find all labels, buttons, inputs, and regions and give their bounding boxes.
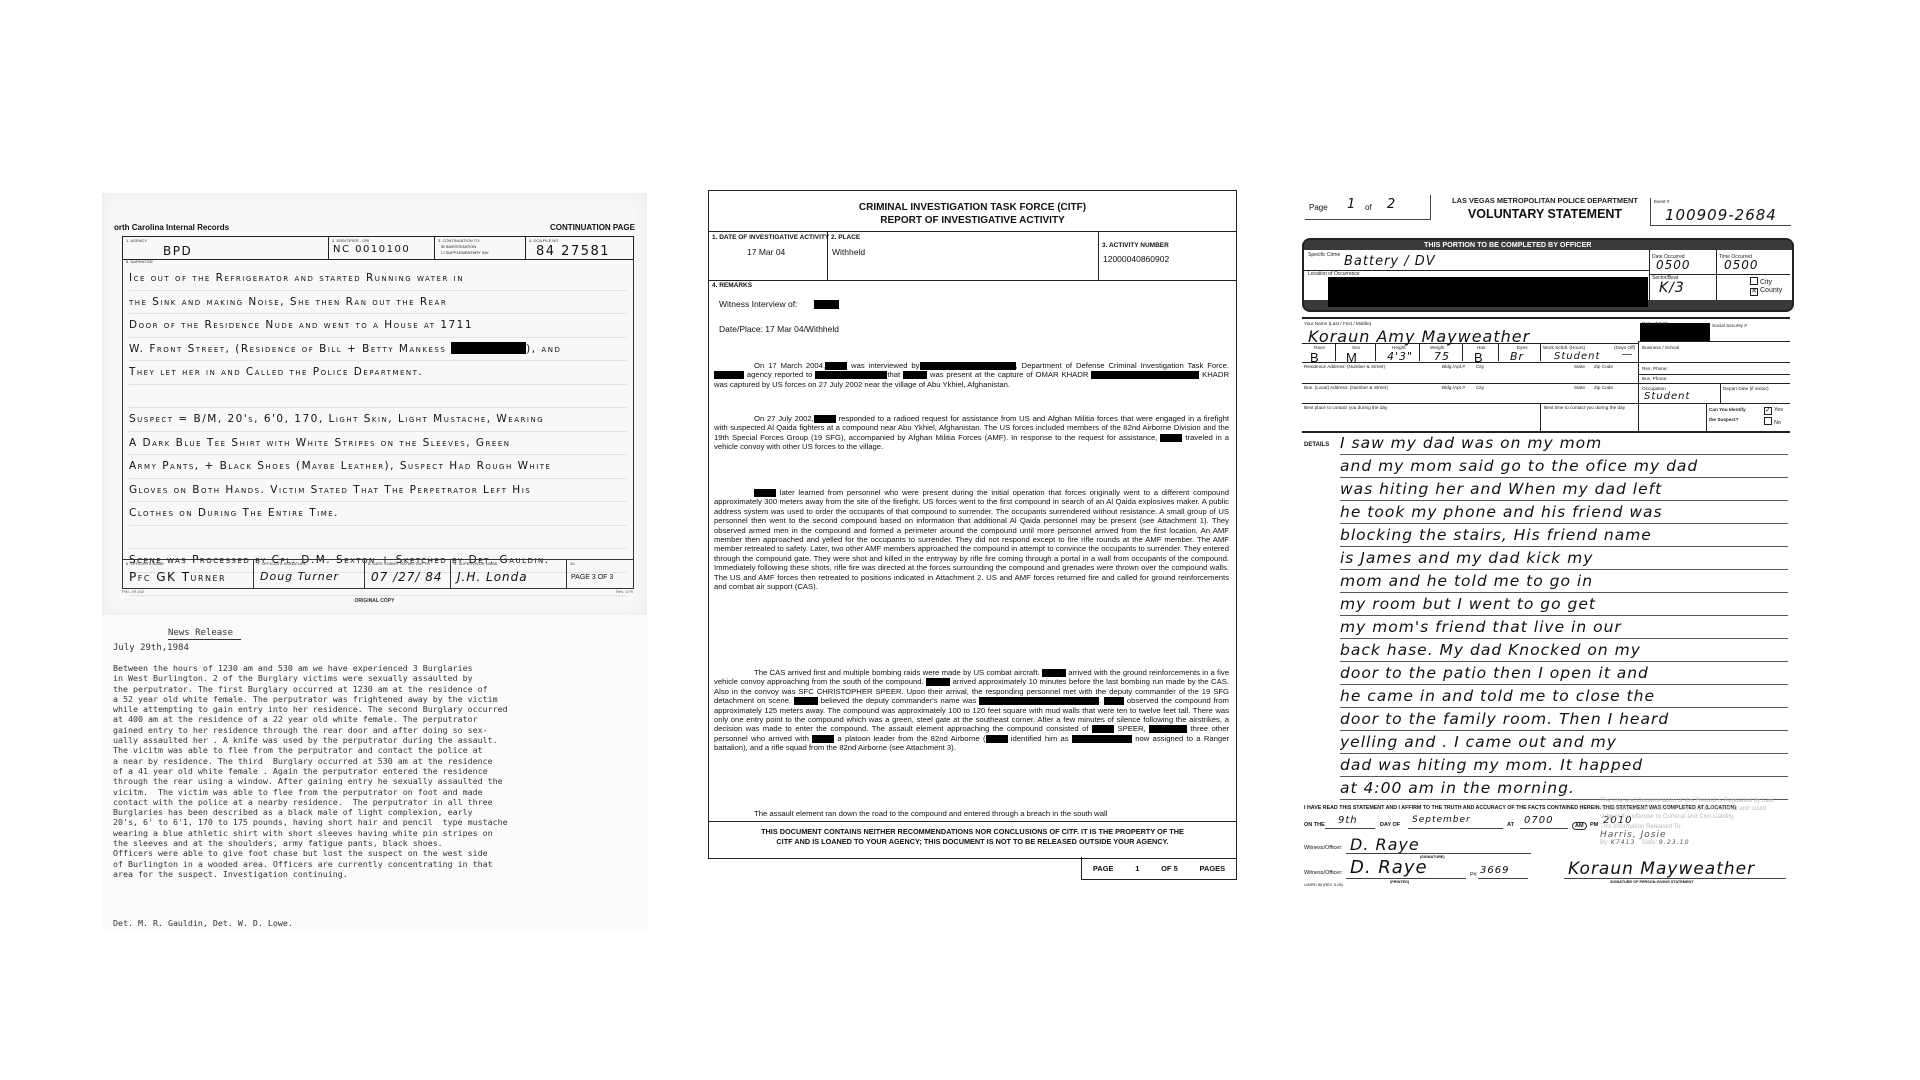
- narrative-line: Army Pants, + Black Shoes (Maybe Leather…: [129, 455, 627, 479]
- statement-signature: Koraun Mayweather: [1568, 859, 1755, 879]
- place-field: 2. PLACE Withheld: [828, 232, 1099, 280]
- city-checkbox[interactable]: [1750, 277, 1758, 285]
- sector-beat: K/3: [1659, 280, 1685, 296]
- statement-line: blocking the stairs, His friend name: [1340, 524, 1788, 547]
- page-indicator: PAGE 1 OF 5 PAGES: [1081, 857, 1237, 880]
- statement-day: 9th: [1338, 815, 1358, 826]
- narrative-line: Ice out of the Refrigerator and started …: [129, 267, 627, 291]
- citf-report: CRIMINAL INVESTIGATION TASK FORCE (CITF)…: [700, 190, 1240, 905]
- statement-line: is James and my dad kick my: [1340, 547, 1788, 570]
- page-field: 10. PAGE 3 OF 3: [567, 560, 633, 588]
- statement-line: he took my phone and his friend was: [1340, 501, 1788, 524]
- activity-date-field: 1. DATE OF INVESTIGATIVE ACTIVITY 17 Mar…: [709, 232, 828, 280]
- signature-block: 6. OFFICER'S NAME Pfc GK Turner 7. OFFIC…: [122, 559, 634, 589]
- narrative-line: Clothes on During The Entire Time.: [129, 502, 627, 526]
- narrative-line: the Sink and making Noise, She then Ran …: [129, 291, 627, 315]
- place-value: Withheld: [832, 247, 865, 257]
- date-submitted-field: 8. DATE SUBMITTED MO DAY YR 07 /27/ 84: [365, 560, 451, 588]
- supervisor-field: 9. SUPERVISOR NAME J.H. Londa: [451, 560, 567, 588]
- specific-crime: Battery / DV: [1344, 254, 1436, 269]
- county-checkbox[interactable]: ✕: [1750, 288, 1758, 296]
- date-place-line: Date/Place: 17 Mar 04/Withheld: [719, 324, 839, 334]
- paragraph-3: later learned from personnel who were pr…: [714, 488, 1229, 591]
- statement-month: September: [1412, 815, 1471, 825]
- officer-name-field: 6. OFFICER'S NAME Pfc GK Turner: [123, 560, 254, 588]
- statement-line: door to the patio then I open it and: [1340, 662, 1788, 685]
- event-number: 100909-2684: [1665, 206, 1777, 224]
- statement-line: dad was hiting my mom. It happed: [1340, 754, 1788, 777]
- voluntary-statement: Page 1 of 2 LAS VEGAS METROPOLITAN POLIC…: [1300, 195, 1825, 905]
- news-release-date: July 29th,1984: [113, 643, 189, 653]
- current-page: 1: [1135, 864, 1139, 873]
- activity-number: 12000040860902: [1103, 254, 1169, 264]
- identifier-field: 2. IDENTIFIER - ORI NC 0010100: [329, 237, 435, 259]
- news-release-title: News Release: [168, 628, 241, 640]
- identify-no-checkbox[interactable]: [1764, 417, 1772, 425]
- statement-line: my room but I went to go get: [1340, 593, 1788, 616]
- officer-name: Pfc GK Turner: [129, 570, 226, 584]
- details-label: DETAILS: [1304, 442, 1329, 448]
- narrative-line: A Dark Blue Tee Shirt with White Stripes…: [129, 432, 627, 456]
- nc-continuation-page: orth Carolina Internal Records CONTINUAT…: [102, 193, 647, 615]
- statement-line: mom and he told me to go in: [1340, 570, 1788, 593]
- paragraph-1: On 17 March 2004, was interviewed by, De…: [714, 361, 1229, 389]
- date-occurred: 0500: [1656, 258, 1691, 272]
- statement-line: he came in and told me to close the: [1340, 685, 1788, 708]
- release-notice: The Use and Dissemination of this Record…: [1600, 797, 1780, 847]
- original-copy-label: ORIGINAL COPY: [102, 598, 647, 604]
- paragraph-4: The CAS arrived first and multiple bombi…: [714, 668, 1229, 753]
- remarks-label: 4. REMARKS: [712, 282, 752, 289]
- officer-signature: Doug Turner: [260, 570, 339, 583]
- narrative-line: W. Front Street, (Residence of Bill + Be…: [129, 338, 627, 362]
- narrative-line: [129, 526, 627, 550]
- page-number: PAGE 3 OF 3: [571, 574, 613, 581]
- released-to: Harris, Josie: [1600, 831, 1780, 839]
- page-counter: Page 1 of 2: [1305, 195, 1431, 220]
- narrative-line: Door of the Residence Nude and went to a…: [129, 314, 627, 338]
- statement-line: was hiting her and When my dad left: [1340, 478, 1788, 501]
- officer-p-number: 3669: [1480, 865, 1509, 876]
- page-total: 2: [1387, 197, 1396, 212]
- news-release-body: Between the hours of 1230 am and 530 am …: [113, 663, 643, 879]
- time-occurred: 0500: [1724, 258, 1759, 272]
- days-off-value: —: [1622, 349, 1632, 360]
- activity-number-field: 3. ACTIVITY NUMBER 12000040860902: [1099, 232, 1236, 280]
- agency-name: LAS VEGAS METROPOLITAN POLICE DEPARTMENT: [1440, 196, 1650, 205]
- narrative-line: Gloves on Both Hands. Victim Stated That…: [129, 479, 627, 503]
- statement-line: back hase. My dad Knocked on my: [1340, 639, 1788, 662]
- officer-signature-field: 7. OFFICER'S SIGNATURE Doug Turner: [254, 560, 365, 588]
- am-circled: AM: [1572, 822, 1587, 830]
- dca-file-value: 84 27581: [536, 244, 610, 259]
- agency-field: 1. AGENCY BPD: [123, 237, 329, 259]
- news-release-signature: Det. M. R. Gauldin, Det. W. D. Lowe.: [113, 918, 293, 928]
- statement-line: door to the family room. Then I heard: [1340, 708, 1788, 731]
- work-schedule-value: Student: [1554, 351, 1600, 362]
- disclaimer: THIS DOCUMENT CONTAINS NEITHER RECOMMEND…: [709, 821, 1236, 858]
- continuation-field: 3. CONTINUATION TO: ☒ INVESTIGATION ☐ SU…: [435, 237, 526, 259]
- statement-line: I saw my dad was on my mom: [1340, 432, 1788, 455]
- date-submitted: 07 /27/ 84: [371, 570, 443, 584]
- witness-signature: D. Raye: [1350, 835, 1420, 854]
- identifier-value: NC 0010100: [333, 244, 410, 255]
- narrative-line: They let her in and Called the Police De…: [129, 361, 627, 385]
- statement-details: I saw my dad was on my momand my mom sai…: [1340, 432, 1788, 800]
- paragraph-5: The assault element ran down the road to…: [714, 809, 1229, 818]
- statement-title: VOLUNTARY STATEMENT: [1440, 207, 1650, 221]
- supplementary-option: SUPPLEMENTARY INV.: [446, 250, 489, 255]
- occupation-value: Student: [1644, 391, 1690, 402]
- paragraph-2: On 27 July 2002, responded to a radioed …: [714, 414, 1229, 452]
- statement-line: my mom's friend that live in our: [1340, 616, 1788, 639]
- dca-file-field: 4. DCA FILE NO 84 27581: [526, 237, 633, 259]
- supervisor-name: J.H. Londa: [457, 570, 528, 584]
- officer-section: THIS PORTION TO BE COMPLETED BY OFFICER …: [1302, 238, 1794, 312]
- page-current: 1: [1347, 197, 1356, 212]
- narrative-line: Suspect = B/M, 20's, 6'0, 170, Light Ski…: [129, 408, 627, 432]
- statement-time: 0700: [1524, 815, 1553, 826]
- investigation-option: INVESTIGATION: [446, 244, 477, 249]
- records-header: orth Carolina Internal Records: [114, 223, 229, 232]
- witness-printed: D. Raye: [1350, 857, 1428, 878]
- event-number-field: Event # 100909-2684: [1650, 198, 1791, 226]
- redaction: [451, 342, 526, 353]
- identify-yes-checkbox[interactable]: ✓: [1764, 407, 1772, 415]
- narrative-box: 5. NARRATIVE Ice out of the Refrigerator…: [122, 259, 634, 560]
- narrative-line: [129, 385, 627, 409]
- continuation-page-title: CONTINUATION PAGE: [550, 223, 635, 232]
- redaction: [814, 300, 839, 309]
- header-fields: 1. AGENCY BPD 2. IDENTIFIER - ORI NC 001…: [122, 236, 634, 260]
- statement-line: and my mom said go to the ofice my dad: [1340, 455, 1788, 478]
- agency-value: BPD: [163, 244, 192, 258]
- news-release: News Release July 29th,1984 Between the …: [102, 615, 647, 930]
- report-title: CRIMINAL INVESTIGATION TASK FORCE (CITF)…: [709, 201, 1236, 227]
- activity-date: 17 Mar 04: [747, 247, 785, 257]
- personal-info-section: Your Name (Last / First / Middle) Koraun…: [1302, 317, 1790, 433]
- redacted-location: [1328, 277, 1648, 307]
- witness-line: Witness Interview of:: [719, 299, 839, 309]
- report-header-fields: 1. DATE OF INVESTIGATIVE ACTIVITY 17 Mar…: [709, 231, 1236, 281]
- statement-line: yelling and . I came out and my: [1340, 731, 1788, 754]
